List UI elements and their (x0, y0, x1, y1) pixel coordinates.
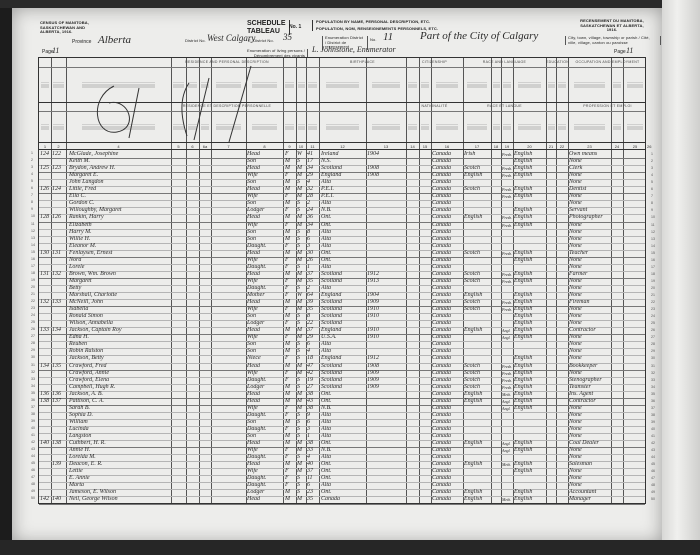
marital-status: M (297, 306, 306, 313)
relationship: Daught. (247, 264, 283, 271)
line-number: 50 (31, 496, 38, 500)
year-of-immigration: 1908 (367, 363, 405, 370)
table-row: 49Jameson, E. WilsonLodgerMS23Ont.Canada… (39, 489, 645, 496)
year-of-immigration: 1910 (367, 306, 405, 313)
family-number: 132 (52, 271, 65, 278)
schedule-no-value: 1 (298, 24, 301, 30)
language: English (514, 461, 546, 468)
column-number: 24 (611, 144, 623, 149)
column-number: 22 (556, 144, 568, 149)
line-number-right: 31 (651, 364, 655, 368)
person-name: Elizabeth (69, 222, 169, 229)
marital-status: S (297, 243, 306, 250)
language: English (514, 165, 546, 172)
relationship: Head (247, 496, 283, 503)
sex: F (285, 264, 295, 271)
relationship: Daught. (247, 475, 283, 482)
line-number-right: 2 (651, 159, 653, 163)
occupation: Contractor (569, 398, 611, 405)
relationship: Wife (247, 306, 283, 313)
sex: M (285, 433, 295, 440)
table-row: 24Ronald SimonSonMS8Scotland1910CanadaEn… (39, 313, 645, 320)
age: 23 (307, 489, 319, 496)
printed-column-heading (421, 124, 429, 130)
dwelling-number: 130 (40, 250, 51, 257)
district-no-value: 35 (283, 32, 292, 42)
page-value-right: 11 (626, 46, 633, 55)
line-number: 11 (31, 222, 38, 226)
language: English (514, 278, 546, 285)
nationality: Canada (432, 257, 462, 264)
marital-status: M (297, 447, 306, 454)
line-number: 26 (31, 327, 38, 331)
age: 4 (307, 348, 319, 355)
line-number-right: 12 (651, 230, 655, 234)
language: English (514, 327, 546, 334)
line-number-right: 25 (651, 321, 655, 325)
column-group-header: OCCUPATION AND EMPLOYMENT (568, 60, 647, 64)
birthplace: N.B. (321, 207, 365, 214)
religion: Angl. (502, 405, 513, 412)
birthplace: Alta (321, 454, 365, 461)
line-number: 37 (31, 405, 38, 409)
district-label: District No. (185, 39, 206, 44)
relationship: Wife (247, 405, 283, 412)
line-number-right: 33 (651, 378, 655, 382)
nationality: Canada (432, 412, 462, 419)
language: English (514, 313, 546, 320)
line-number: 24 (31, 313, 38, 317)
age: 4 (307, 179, 319, 186)
relationship: Son (247, 433, 283, 440)
line-number: 13 (31, 236, 38, 240)
nationality: Canada (432, 313, 462, 320)
marital-status: S (297, 412, 306, 419)
language: English (514, 468, 546, 475)
line-number: 7 (31, 193, 38, 197)
sex: M (285, 200, 295, 207)
dwelling-number: 138 (40, 398, 51, 405)
person-name: Annie H. (69, 447, 169, 454)
marital-status: M (297, 398, 306, 405)
nationality: Canada (432, 363, 462, 370)
person-name: Crawford, Fred (69, 363, 169, 370)
person-name: Gordon C. (69, 200, 169, 207)
table-row: 28ReubenSonMS6AltaCanadaNone (39, 341, 645, 348)
line-number: 5 (31, 179, 38, 183)
person-name: Isabella (69, 306, 169, 313)
pen-scrawl-mark (69, 58, 329, 148)
age: 36 (307, 214, 319, 221)
birthplace: Ont. (321, 222, 365, 229)
marital-status: M (297, 299, 306, 306)
relationship: Head (247, 327, 283, 334)
column-number: 21 (546, 144, 556, 149)
occupation: None (569, 236, 611, 243)
racial-origin: Scotch (464, 363, 490, 370)
year-of-immigration: 1904 (367, 151, 405, 158)
occupation: None (569, 355, 611, 362)
occupation: Accountant (569, 489, 611, 496)
sex: M (285, 179, 295, 186)
language: English (514, 250, 546, 257)
printed-column-heading (518, 124, 541, 130)
table-row: 7Ella C.WifeFM28P.E.I.CanadaEnglishPresb… (39, 193, 645, 200)
column-number: 13 (366, 144, 406, 149)
birthplace: Ont. (321, 475, 365, 482)
schedule-number: No. 1 (289, 25, 301, 31)
age: 4 (307, 454, 319, 461)
printed-column-heading (421, 82, 429, 88)
nationality: Canada (432, 440, 462, 447)
racial-origin: English (464, 391, 490, 398)
line-number: 42 (31, 440, 38, 444)
language: English (514, 334, 546, 341)
line-number-right: 30 (651, 356, 655, 360)
line-number: 16 (31, 257, 38, 261)
language: English (514, 363, 546, 370)
racial-origin: Scotch (464, 370, 490, 377)
birthplace: Alta (321, 229, 365, 236)
dwelling-number: 131 (40, 271, 51, 278)
marital-status: S (297, 377, 306, 384)
printed-column-heading (436, 124, 458, 130)
line-number-right: 48 (651, 483, 655, 487)
sex: F (285, 257, 295, 264)
birthplace: Scotland (321, 306, 365, 313)
person-name: McGlade, Josephine (69, 151, 169, 158)
age: 64 (307, 292, 319, 299)
age: 35 (307, 306, 319, 313)
religion: Meth. (502, 391, 513, 398)
language: English (514, 158, 546, 165)
line-number-right: 29 (651, 349, 655, 353)
relationship: Son (247, 313, 283, 320)
occupation: None (569, 334, 611, 341)
printed-column-heading (41, 124, 49, 130)
person-name: Deacon, E. R. (69, 461, 169, 468)
religion: Presb. (502, 363, 513, 370)
language: English (514, 299, 546, 306)
birthplace: Ont. (321, 468, 365, 475)
province-label: Province (72, 40, 91, 46)
marital-status: M (297, 496, 306, 503)
printed-column-heading (372, 124, 400, 130)
language: English (514, 440, 546, 447)
relationship: Wife (247, 172, 283, 179)
nationality: Canada (432, 377, 462, 384)
age: 35 (307, 278, 319, 285)
line-number: 23 (31, 306, 38, 310)
line-number-right: 22 (651, 300, 655, 304)
racial-origin: Irish (464, 151, 490, 158)
person-name: Jackson, Betty (69, 355, 169, 362)
sex: F (285, 278, 295, 285)
language: English (514, 447, 546, 454)
nationality: Canada (432, 447, 462, 454)
occupation: Own means (569, 151, 611, 158)
table-row: 31134135Crawford, FredHeadMM47Scotland19… (39, 363, 645, 370)
table-row: 18131132Brown, Wm. BrownHeadMM37Scotland… (39, 271, 645, 278)
year-of-immigration: 1910 (367, 313, 405, 320)
nationality: Canada (432, 229, 462, 236)
scan-border-top (0, 0, 700, 8)
occupation: None (569, 243, 611, 250)
nationality: Canada (432, 433, 462, 440)
age: 22 (307, 320, 319, 327)
year-of-immigration: 1912 (367, 355, 405, 362)
language: English (514, 151, 546, 158)
nationality: Canada (432, 496, 462, 503)
marital-status: M (297, 468, 306, 475)
sex: F (285, 306, 295, 313)
occupation: None (569, 348, 611, 355)
occupation: None (569, 172, 611, 179)
family-number: 123 (52, 165, 65, 172)
relationship: Wife (247, 193, 283, 200)
nationality: Canada (432, 341, 462, 348)
table-row: 43Annie H.WifeFM33N.B.CanadaEnglishAngl.… (39, 447, 645, 454)
table-row: 38Sophia D.Daught.FS9AltaCanadaNone (39, 412, 645, 419)
printed-column-heading (326, 124, 359, 130)
line-number: 15 (31, 250, 38, 254)
line-number-right: 10 (651, 215, 655, 219)
nationality: Canada (432, 285, 462, 292)
line-number: 44 (31, 454, 38, 458)
table-row: 29Robin RalstonSonMS4AltaCanadaNone (39, 348, 645, 355)
column-group-header: RACE ET LANGUE (463, 104, 546, 108)
marital-status: S (297, 179, 306, 186)
person-name: Ronald Simon (69, 313, 169, 320)
sex: F (285, 370, 295, 377)
person-name: Lucinda (69, 426, 169, 433)
racial-origin: Scotch (464, 165, 490, 172)
table-row: 16NoraWifeFM26Ont.CanadaEnglishNone (39, 257, 645, 264)
column-number: 1 (39, 144, 51, 149)
age: 34 (307, 222, 319, 229)
occupation: None (569, 229, 611, 236)
line-number: 3 (31, 165, 38, 169)
sex: M (285, 186, 295, 193)
nationality: Canada (432, 158, 462, 165)
relationship: Son (247, 179, 283, 186)
line-number-right: 40 (651, 427, 655, 431)
relationship: Head (247, 398, 283, 405)
birthplace: England (321, 355, 365, 362)
religion: Angl. (502, 447, 513, 454)
occupation: Manager (569, 496, 611, 503)
table-row: 1124122McGlade, JosephineHeadFW41Ireland… (39, 151, 645, 158)
family-number: 135 (52, 363, 65, 370)
age: 38 (307, 440, 319, 447)
line-number: 49 (31, 489, 38, 493)
printed-column-heading (558, 124, 566, 130)
printed-column-heading (503, 124, 511, 130)
header-rule (39, 149, 645, 150)
religion: Angl. (502, 327, 513, 334)
line-number-right: 6 (651, 187, 653, 191)
line-number-right: 11 (651, 223, 655, 227)
relationship: Son (247, 348, 283, 355)
language: English (514, 271, 546, 278)
relationship: Niece (247, 355, 283, 362)
age: 6 (307, 419, 319, 426)
person-name: Sarah B. (69, 405, 169, 412)
table-row: 17LoreleDaught.FS1AltaCanadaNone (39, 264, 645, 271)
enumerator-value: L. Johnstone, Enumerator (312, 45, 396, 54)
marital-status: M (297, 214, 306, 221)
line-number: 43 (31, 447, 38, 451)
printed-column-heading (613, 124, 621, 130)
line-number-right: 26 (651, 328, 655, 332)
occupation: None (569, 412, 611, 419)
relationship: Son (247, 236, 283, 243)
population-line-en: POPULATION BY NAME, PERSONAL DESCRIPTION… (316, 20, 496, 25)
marital-status: S (297, 207, 306, 214)
relationship: Daught. (247, 243, 283, 250)
person-name: Jackson, Captain Roy (69, 327, 169, 334)
sex: F (285, 243, 295, 250)
marital-status: W (297, 292, 306, 299)
marital-status: M (297, 186, 306, 193)
racial-origin: English (464, 172, 490, 179)
subdistrict-no-label: No. (370, 38, 377, 43)
age: 8 (307, 313, 319, 320)
line-number: 22 (31, 299, 38, 303)
occupation: Servant (569, 207, 611, 214)
line-number: 48 (31, 482, 38, 486)
racial-origin: Scotch (464, 271, 490, 278)
relationship: Son (247, 341, 283, 348)
relationship: Daught. (247, 426, 283, 433)
family-number: 134 (52, 327, 65, 334)
row-rule (39, 504, 645, 505)
occupation: None (569, 158, 611, 165)
racial-origin: Scotch (464, 299, 490, 306)
person-name: Langston (69, 433, 169, 440)
year-of-immigration: 1910 (367, 327, 405, 334)
marital-status: M (297, 222, 306, 229)
person-name: Lettie (69, 468, 169, 475)
line-number-right: 46 (651, 469, 655, 473)
racial-origin: English (464, 398, 490, 405)
printed-column-heading (493, 82, 500, 88)
marital-status: M (297, 327, 306, 334)
language: English (514, 405, 546, 412)
family-number: 131 (52, 250, 65, 257)
occupation: Salesman (569, 461, 611, 468)
line-number: 38 (31, 412, 38, 416)
age: 29 (307, 334, 319, 341)
language: English (514, 292, 546, 299)
person-name: Harry M. (69, 229, 169, 236)
birthplace: England (321, 292, 365, 299)
age: 35 (307, 496, 319, 503)
year-of-immigration: 1909 (367, 299, 405, 306)
occupation: None (569, 341, 611, 348)
marital-status: M (297, 440, 306, 447)
marital-status: S (297, 489, 306, 496)
column-number: 2 (51, 144, 66, 149)
sex: F (285, 320, 295, 327)
birthplace: Alta (321, 482, 365, 489)
person-name: Wilson, Annabella (69, 320, 169, 327)
birthplace: Alta (321, 426, 365, 433)
line-number-right: 34 (651, 385, 655, 389)
line-number-right: 50 (651, 497, 655, 501)
sex: F (285, 405, 295, 412)
occupation: None (569, 320, 611, 327)
marital-status: S (297, 158, 306, 165)
line-number: 45 (31, 461, 38, 465)
occupation: None (569, 278, 611, 285)
nationality: Canada (432, 334, 462, 341)
nationality: Canada (432, 193, 462, 200)
line-number-right: 39 (651, 420, 655, 424)
sex: M (285, 348, 295, 355)
schedule-label-en: SCHEDULE (247, 20, 286, 28)
column-group-header: PROFESSION ET EMPLOI (568, 104, 647, 108)
column-group-header: EDUCATION (546, 60, 568, 64)
occupation: None (569, 200, 611, 207)
printed-column-heading (436, 82, 458, 88)
age: 39 (307, 299, 319, 306)
family-number: 140 (52, 496, 65, 503)
table-row: 32Crawford, AnnieWifeFM42Scotland1909Can… (39, 370, 645, 377)
occupation: None (569, 405, 611, 412)
column-group-header: CITIZENSHIP (406, 60, 463, 64)
printed-column-heading (574, 82, 604, 88)
column-number: 16 (431, 144, 463, 149)
printed-column-heading (558, 82, 566, 88)
birthplace: Scotland (321, 377, 365, 384)
line-number-right: 17 (651, 265, 655, 269)
marital-status: S (297, 454, 306, 461)
birthplace: Scotland (321, 165, 365, 172)
printed-column-heading (548, 124, 555, 130)
family-number: 122 (52, 151, 65, 158)
nationality: Canada (432, 370, 462, 377)
religion: Presb. (502, 370, 513, 377)
person-name: Keith M. (69, 158, 169, 165)
column-number: 23 (568, 144, 611, 149)
relationship: Lodger (247, 207, 283, 214)
racial-origin: Scotch (464, 186, 490, 193)
language: English (514, 370, 546, 377)
line-number-right: 9 (651, 208, 653, 212)
occupation: None (569, 179, 611, 186)
marital-status: S (297, 200, 306, 207)
racial-origin: English (464, 496, 490, 503)
marital-status: M (297, 370, 306, 377)
family-number: 133 (52, 299, 65, 306)
dwelling-number: 134 (40, 363, 51, 370)
line-number-right: 28 (651, 342, 655, 346)
birthplace: Alta (321, 341, 365, 348)
marital-status: S (297, 313, 306, 320)
district-no-label: E. District No. (248, 39, 274, 44)
table-row: 44Lorelda M.Daught.FS4AltaCanadaNone (39, 454, 645, 461)
person-name: Marshall, Charlotte (69, 292, 169, 299)
birthplace: Alta (321, 236, 365, 243)
sex: M (285, 391, 295, 398)
table-row: 36138137Pattison, C. A.HeadMM43Ont.Canad… (39, 398, 645, 405)
language: English (514, 207, 546, 214)
sex: M (285, 250, 295, 257)
occupation: None (569, 292, 611, 299)
relationship: Head (247, 363, 283, 370)
nationality: Canada (432, 243, 462, 250)
